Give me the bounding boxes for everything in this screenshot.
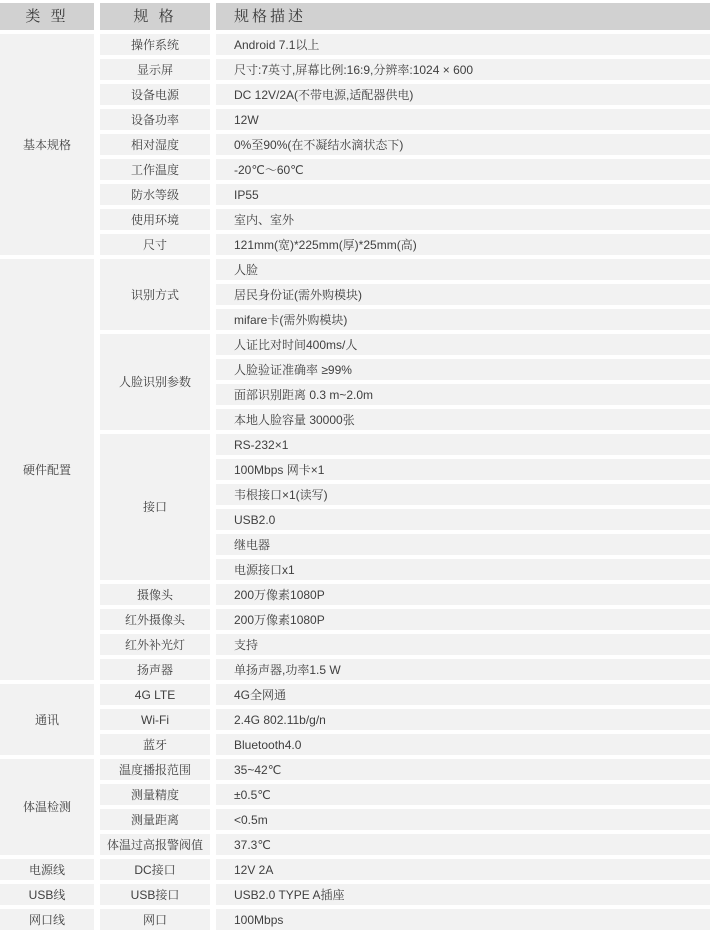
spec-name-cell: 摄像头 (100, 584, 210, 605)
spec-desc-cell: 121mm(宽)*225mm(厚)*25mm(高) (216, 234, 710, 255)
category-cell: 通讯 (0, 684, 94, 755)
spec-desc-cell: 4G全网通 (216, 684, 710, 705)
spec-desc-cell: 尺寸:7英寸,屏幕比例:16:9,分辨率:1024 × 600 (216, 59, 710, 80)
spec-desc-cell: 37.3℃ (216, 834, 710, 855)
category-cell: 基本规格 (0, 34, 94, 255)
spec-desc-cell: -20℃～60℃ (216, 159, 710, 180)
spec-desc-cell: ±0.5℃ (216, 784, 710, 805)
spec-desc-cell: 电源接口x1 (216, 559, 710, 580)
spec-name-cell: 红外补光灯 (100, 634, 210, 655)
spec-desc-cell: 12V 2A (216, 859, 710, 880)
spec-desc-cell: mifare卡(需外购模块) (216, 309, 710, 330)
spec-name-cell: 测量精度 (100, 784, 210, 805)
spec-desc-cell: IP55 (216, 184, 710, 205)
category-cell: 网口线 (0, 909, 94, 930)
spec-desc-cell: 韦根接口×1(读写) (216, 484, 710, 505)
spec-desc-cell: <0.5m (216, 809, 710, 830)
spec-name-cell: 设备功率 (100, 109, 210, 130)
spec-desc-cell: 35~42℃ (216, 759, 710, 780)
spec-name-cell: 温度播报范围 (100, 759, 210, 780)
spec-desc-cell: 200万像素1080P (216, 584, 710, 605)
spec-name-cell: 识别方式 (100, 259, 210, 330)
spec-desc-cell: 100Mbps (216, 909, 710, 930)
spec-name-cell: 使用环境 (100, 209, 210, 230)
spec-name-cell: 测量距离 (100, 809, 210, 830)
spec-name-cell: 红外摄像头 (100, 609, 210, 630)
spec-name-cell: 4G LTE (100, 684, 210, 705)
spec-desc-cell: 人脸 (216, 259, 710, 280)
spec-desc-cell: 12W (216, 109, 710, 130)
category-cell: 硬件配置 (0, 259, 94, 680)
spec-name-cell: 防水等级 (100, 184, 210, 205)
spec-name-cell: 相对湿度 (100, 134, 210, 155)
spec-name-cell: 操作系统 (100, 34, 210, 55)
spec-name-cell: DC接口 (100, 859, 210, 880)
spec-name-cell: 人脸识别参数 (100, 334, 210, 430)
spec-desc-cell: 人脸验证准确率 ≥99% (216, 359, 710, 380)
spec-desc-cell: 面部识别距离 0.3 m~2.0m (216, 384, 710, 405)
spec-desc-cell: 0%至90%(在不凝结水滴状态下) (216, 134, 710, 155)
category-cell: 体温检测 (0, 759, 94, 855)
spec-sheet-page: 类 型 规 格 规格描述 基本规格操作系统Android 7.1以上显示屏尺寸:… (0, 0, 713, 930)
spec-desc-cell: 支持 (216, 634, 710, 655)
spec-desc-cell: 室内、室外 (216, 209, 710, 230)
spec-desc-cell: USB2.0 TYPE A插座 (216, 884, 710, 905)
spec-name-cell: 扬声器 (100, 659, 210, 680)
spec-name-cell: 网口 (100, 909, 210, 930)
spec-table: 类 型 规 格 规格描述 基本规格操作系统Android 7.1以上显示屏尺寸:… (0, 3, 710, 930)
spec-desc-cell: Android 7.1以上 (216, 34, 710, 55)
spec-desc-cell: 人证比对时间400ms/人 (216, 334, 710, 355)
header-spec-column: 规 格 (100, 3, 210, 30)
spec-desc-cell: 2.4G 802.11b/g/n (216, 709, 710, 730)
spec-desc-cell: DC 12V/2A(不带电源,适配器供电) (216, 84, 710, 105)
spec-desc-cell: Bluetooth4.0 (216, 734, 710, 755)
spec-desc-cell: 200万像素1080P (216, 609, 710, 630)
spec-desc-cell: 居民身份证(需外购模块) (216, 284, 710, 305)
spec-name-cell: 尺寸 (100, 234, 210, 255)
spec-desc-cell: 继电器 (216, 534, 710, 555)
spec-desc-cell: 单扬声器,功率1.5 W (216, 659, 710, 680)
spec-name-cell: USB接口 (100, 884, 210, 905)
spec-desc-cell: USB2.0 (216, 509, 710, 530)
header-desc-column: 规格描述 (216, 3, 710, 30)
spec-name-cell: 设备电源 (100, 84, 210, 105)
header-type-column: 类 型 (0, 3, 94, 30)
spec-name-cell: 显示屏 (100, 59, 210, 80)
category-cell: USB线 (0, 884, 94, 905)
spec-desc-cell: RS-232×1 (216, 434, 710, 455)
spec-name-cell: 体温过高报警阀值 (100, 834, 210, 855)
spec-name-cell: 蓝牙 (100, 734, 210, 755)
category-cell: 电源线 (0, 859, 94, 880)
spec-desc-cell: 100Mbps 网卡×1 (216, 459, 710, 480)
spec-desc-cell: 本地人脸容量 30000张 (216, 409, 710, 430)
spec-name-cell: 接口 (100, 434, 210, 580)
spec-name-cell: 工作温度 (100, 159, 210, 180)
spec-name-cell: Wi-Fi (100, 709, 210, 730)
